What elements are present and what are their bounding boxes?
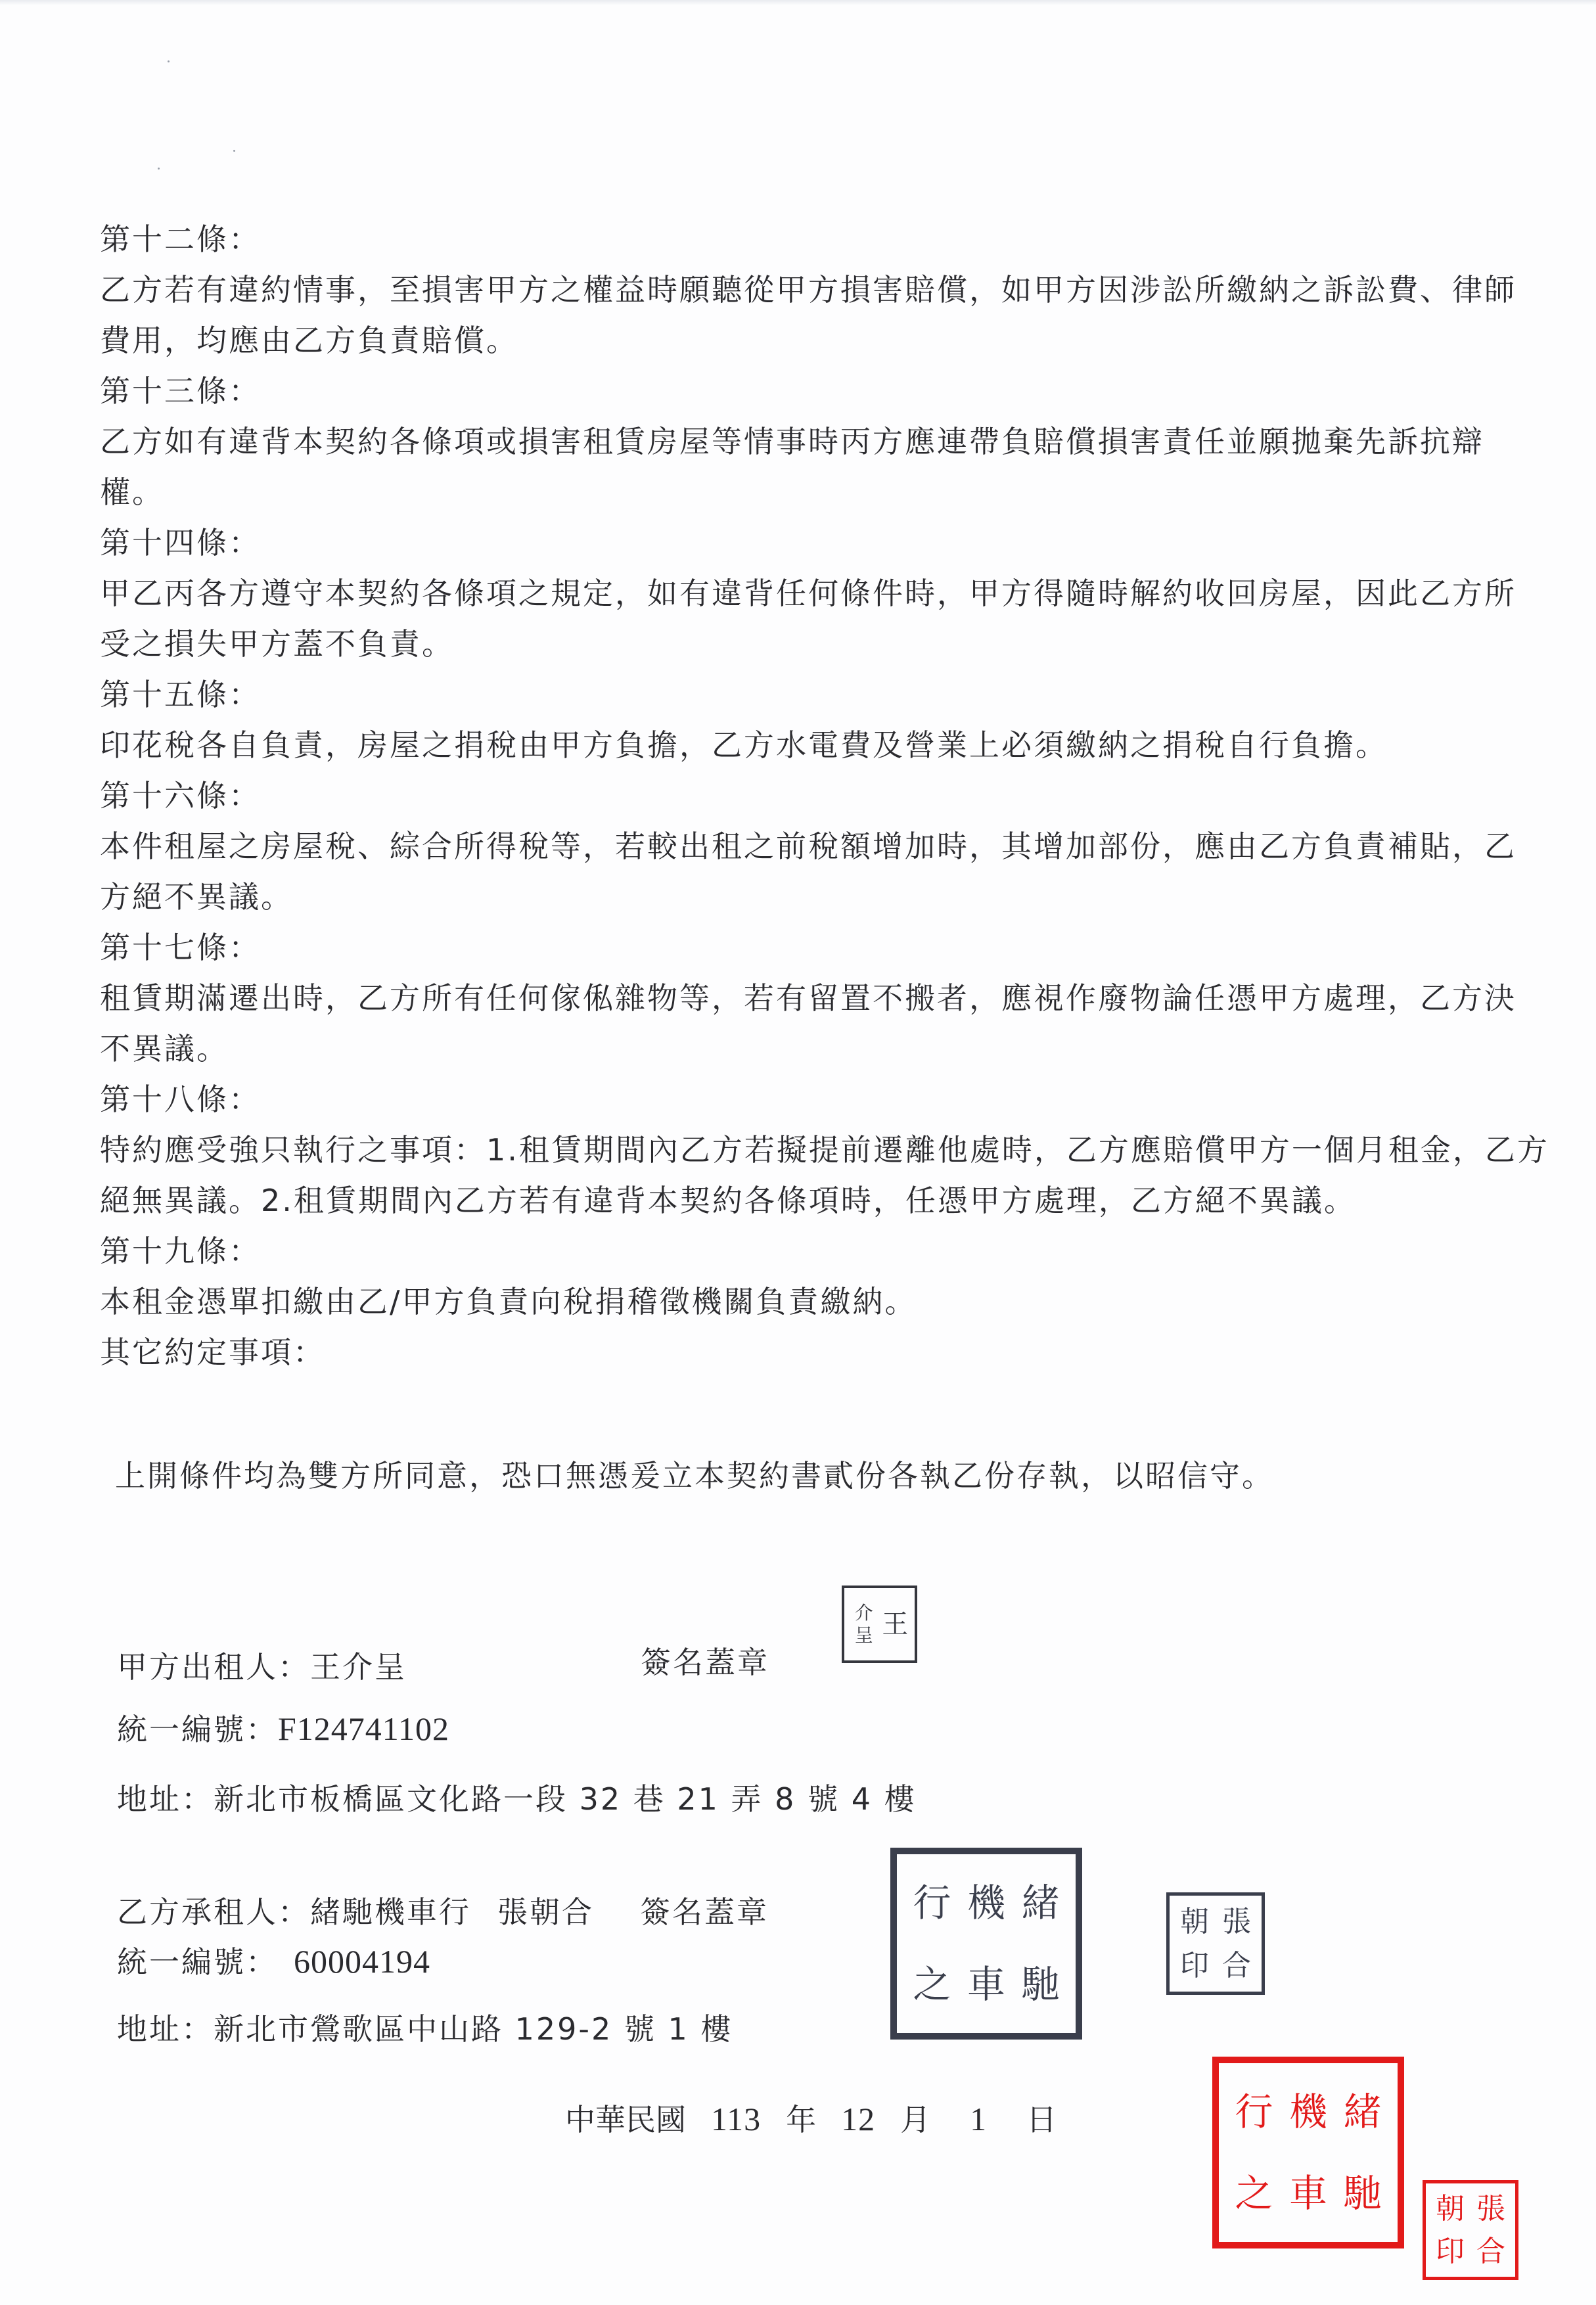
lessor-seal-stamp: 介 呈 王 (842, 1586, 917, 1663)
article-line: 不異議。 (100, 1024, 1565, 1074)
seal-column: 行 之 (913, 1862, 951, 2025)
seal-column: 機 車 (967, 1862, 1005, 2025)
article-heading: 第十二條： (100, 214, 1565, 265)
lessee-address-value: 新北市鶯歌區中山路 129-2 號 1 樓 (214, 2011, 733, 2047)
seal-glyph: 馳 (1344, 2174, 1382, 2212)
article-line: 乙方如有違背本契約各條項或損害租賃房屋等情事時丙方應連帶負賠償損害責任並願拋棄先… (100, 417, 1565, 467)
article-18: 第十八條： 特約應受強只執行之事項：1.租賃期間內乙方若擬提前遷離他處時，乙方應… (100, 1074, 1565, 1226)
article-line: 絕無異議。2.租賃期間內乙方若有違背本契約各條項時，任憑甲方處理，乙方絕不異議。 (100, 1175, 1565, 1226)
article-14: 第十四條： 甲乙丙各方遵守本契約各條項之規定，如有違背任何條件時，甲方得隨時解約… (100, 518, 1565, 670)
article-line: 乙方若有違約情事，至損害甲方之權益時願聽從甲方損害賠償，如甲方因涉訟所繳納之訴訟… (100, 265, 1565, 315)
article-heading: 第十八條： (100, 1074, 1565, 1125)
article-line: 權。 (100, 467, 1565, 518)
seal-glyph: 印 (1436, 2237, 1465, 2266)
seal-glyph: 車 (967, 1965, 1005, 2003)
article-13: 第十三條： 乙方如有違背本契約各條項或損害租賃房屋等情事時丙方應連帶負賠償損害責… (100, 366, 1565, 518)
lessor-address-value: 新北市板橋區文化路一段 32 巷 21 弄 8 號 4 樓 (214, 1781, 917, 1817)
seal-glyph: 機 (1289, 2093, 1327, 2131)
seal-glyph: 之 (913, 1965, 951, 2003)
seal-glyph: 王 (882, 1611, 908, 1637)
article-line: 特約應受強只執行之事項：1.租賃期間內乙方若擬提前遷離他處時，乙方應賠償甲方一個… (100, 1125, 1565, 1175)
seal-column: 行 之 (1235, 2071, 1273, 2234)
seal-glyph: 車 (1289, 2174, 1327, 2212)
lessor-sign-label: 簽名蓋章 (641, 1643, 769, 1682)
contract-date: 中華民國113年12月1日 (565, 2099, 1057, 2139)
article-15: 第十五條： 印花稅各自負責，房屋之捐稅由甲方負擔，乙方水電費及營業上必須繳納之捐… (100, 670, 1565, 771)
lessee-sign-label: 簽名蓋章 (640, 1894, 769, 1930)
lessee-role-label: 乙方承租人： (117, 1894, 310, 1930)
date-day-label: 日 (1026, 2100, 1057, 2139)
lessor-role-label: 甲方出租人： (117, 1649, 310, 1685)
lessor-address-line: 地址：新北市板橋區文化路一段 32 巷 21 弄 8 號 4 樓 (117, 1779, 917, 1819)
date-year-label: 年 (786, 2100, 816, 2139)
seal-glyph: 緒 (1344, 2093, 1382, 2131)
article-12: 第十二條： 乙方若有違約情事，至損害甲方之權益時願聽從甲方損害賠償，如甲方因涉訟… (100, 214, 1565, 366)
scan-speck (168, 60, 170, 62)
other-terms-label: 其它約定事項： (100, 1327, 1565, 1378)
scan-speck (158, 168, 160, 170)
seal-column: 王 (882, 1611, 908, 1637)
lessor-name-line: 甲方出租人：王介呈 (117, 1647, 407, 1687)
lessee-name-line: 乙方承租人：緒馳機車行張朝合簽名蓋章 (117, 1892, 769, 1932)
lessee-id-value: 60004194 (294, 1943, 430, 1980)
article-19: 第十九條： 本租金憑單扣繳由乙/甲方負責向稅捐稽徵機關負責繳納。 (100, 1226, 1565, 1327)
lessee-id-label: 統一編號： (117, 1944, 278, 1980)
lessee-address-line: 地址：新北市鶯歌區中山路 129-2 號 1 樓 (117, 2009, 733, 2049)
date-day: 1 (970, 2099, 987, 2139)
seal-column: 張 合 (1222, 1900, 1251, 1988)
seal-column: 朝 印 (1180, 1900, 1209, 1988)
date-era-label: 中華民國 (565, 2100, 686, 2139)
seal-glyph: 之 (1235, 2174, 1273, 2212)
seal-glyph: 行 (913, 1884, 951, 1922)
lessee-address-label: 地址： (117, 2011, 214, 2047)
article-line: 方絕不異議。 (100, 872, 1565, 923)
seal-glyph: 緒 (1022, 1884, 1060, 1922)
article-line: 費用，均應由乙方負責賠償。 (100, 315, 1565, 366)
article-line: 印花稅各自負責，房屋之捐稅由甲方負擔，乙方水電費及營業上必須繳納之捐稅自行負擔。 (100, 720, 1565, 771)
person-seal-stamp-red: 朝 印 張 合 (1423, 2180, 1518, 2280)
date-month: 12 (841, 2099, 875, 2139)
seal-glyph: 介 (855, 1602, 873, 1624)
seal-glyph: 呈 (855, 1624, 873, 1647)
closing-statement: 上開條件均為雙方所同意，恐口無憑爰立本契約書貳份各執乙份存執，以昭信守。 (115, 1456, 1274, 1495)
company-seal-stamp-red: 行 之 機 車 緒 馳 (1212, 2057, 1404, 2248)
lessee-id-line: 統一編號：60004194 (117, 1942, 430, 1982)
article-line: 本租金憑單扣繳由乙/甲方負責向稅捐稽徵機關負責繳納。 (100, 1277, 1565, 1327)
scan-speck (233, 150, 235, 152)
article-heading: 第十五條： (100, 670, 1565, 720)
date-month-label: 月 (900, 2100, 930, 2139)
lessor-id-line: 統一編號：F124741102 (117, 1709, 449, 1749)
article-heading: 第十四條： (100, 518, 1565, 568)
lessor-name: 王介呈 (310, 1649, 407, 1685)
seal-glyph: 張 (1476, 2195, 1505, 2224)
lessor-id-label: 統一編號： (117, 1712, 278, 1747)
seal-glyph: 馳 (1022, 1965, 1060, 2003)
seal-glyph: 張 (1222, 1907, 1251, 1936)
seal-glyph: 行 (1235, 2093, 1273, 2131)
seal-glyph: 朝 (1180, 1907, 1209, 1936)
seal-glyph: 朝 (1436, 2195, 1465, 2224)
article-17: 第十七條： 租賃期滿遷出時，乙方所有任何傢俬雜物等，若有留置不搬者，應視作廢物論… (100, 923, 1565, 1074)
seal-glyph: 機 (967, 1884, 1005, 1922)
article-heading: 第十九條： (100, 1226, 1565, 1277)
seal-column: 朝 印 (1436, 2187, 1465, 2273)
lessor-address-label: 地址： (117, 1781, 214, 1817)
article-line: 租賃期滿遷出時，乙方所有任何傢俬雜物等，若有留置不搬者，應視作廢物論任憑甲方處理… (100, 973, 1565, 1024)
lessor-id-value: F124741102 (278, 1710, 449, 1747)
article-line: 本件租屋之房屋稅、綜合所得稅等，若較出租之前稅額增加時，其增加部份，應由乙方負責… (100, 821, 1565, 872)
date-year: 113 (711, 2099, 761, 2139)
lessee-representative: 張朝合 (497, 1894, 594, 1930)
company-seal-stamp-gray: 行 之 機 車 緒 馳 (890, 1848, 1082, 2040)
contract-articles: 第十二條： 乙方若有違約情事，至損害甲方之權益時願聽從甲方損害賠償，如甲方因涉訟… (100, 214, 1565, 1378)
lessee-company: 緒馳機車行 (310, 1894, 471, 1930)
article-16: 第十六條： 本件租屋之房屋稅、綜合所得稅等，若較出租之前稅額增加時，其增加部份，… (100, 771, 1565, 923)
seal-column: 機 車 (1289, 2071, 1327, 2234)
contract-page: 第十二條： 乙方若有違約情事，至損害甲方之權益時願聽從甲方損害賠償，如甲方因涉訟… (0, 0, 1596, 2305)
person-seal-stamp-gray: 朝 印 張 合 (1166, 1892, 1265, 1995)
seal-column: 張 合 (1476, 2187, 1505, 2273)
scan-edge (0, 0, 1596, 5)
seal-glyph: 合 (1222, 1951, 1251, 1980)
article-heading: 第十六條： (100, 771, 1565, 821)
seal-glyph: 合 (1476, 2237, 1505, 2266)
seal-column: 緒 馳 (1344, 2071, 1382, 2234)
seal-column: 緒 馳 (1022, 1862, 1060, 2025)
article-heading: 第十七條： (100, 923, 1565, 973)
article-line: 受之損失甲方蓋不負責。 (100, 619, 1565, 670)
article-heading: 第十三條： (100, 366, 1565, 417)
seal-column: 介 呈 (855, 1602, 873, 1647)
article-line: 甲乙丙各方遵守本契約各條項之規定，如有違背任何條件時，甲方得隨時解約收回房屋，因… (100, 568, 1565, 619)
seal-glyph: 印 (1180, 1951, 1209, 1980)
